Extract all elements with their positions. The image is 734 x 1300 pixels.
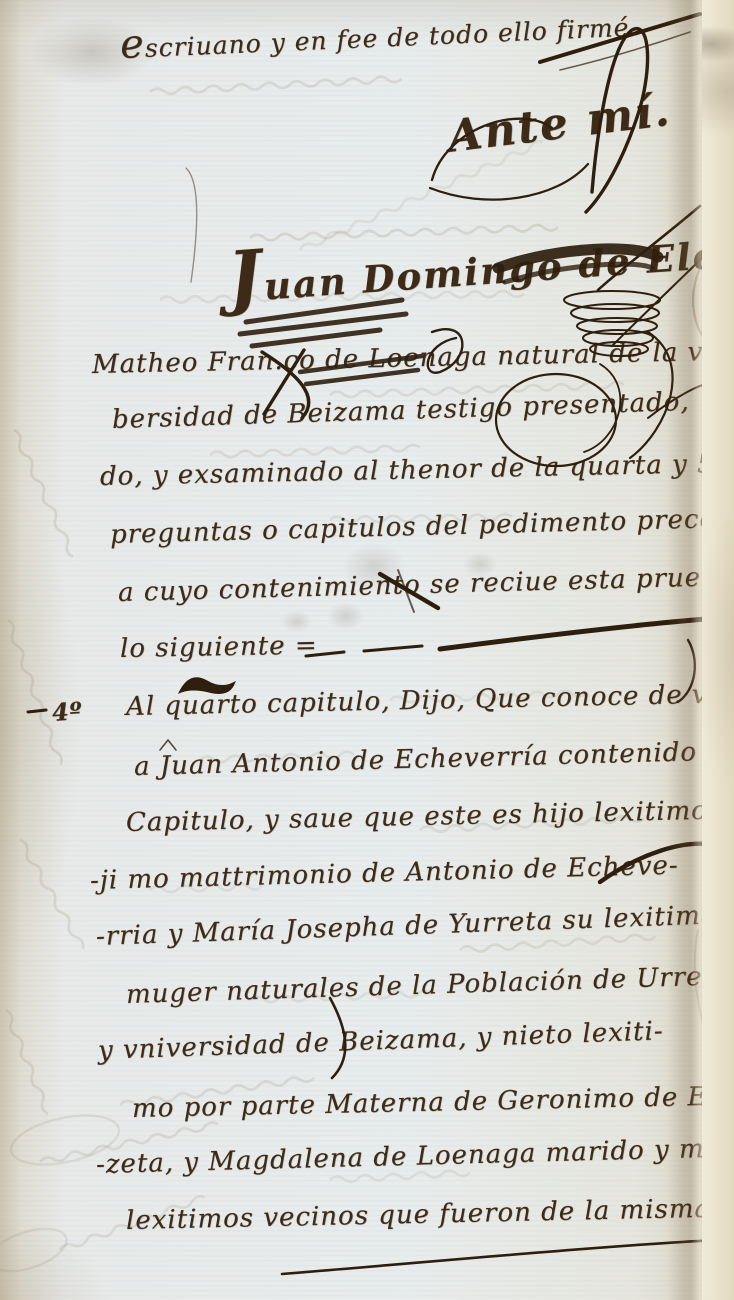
manuscript-line: mo por parte Materna de Geronimo de E- [132,1082,706,1124]
manuscript-line: Capitulo, y saue que este es hijo lexiti… [126,794,706,838]
margin-chapter-number: 4º [51,696,84,727]
manuscript-page: escriuano y en fee de todo ello firmé An… [0,0,706,1300]
manuscript-line: preguntas o capitulos del pedimento prec… [110,503,706,550]
manuscript-scan: escriuano y en fee de todo ello firmé An… [0,0,734,1300]
manuscript-line: bersidad de Beizama testigo presentado, [112,387,691,435]
manuscript-line: -ji mo mattrimonio de Antonio de Echeve- [90,851,679,896]
manuscript-line: a cuyo contenimiento se reciue esta prue… [118,560,706,608]
manuscript-line: -zeta, y Magdalena de Loenaga marido y m… [96,1133,706,1180]
notary-signature: Juan Domingo de Elola [225,199,706,319]
manuscript-line: Matheo Fran.co de Loenaga natural de la … [92,336,706,380]
manuscript-line: do, y exsaminado al thenor de la quarta … [100,449,706,492]
adjacent-page-edge [702,0,734,1300]
manuscript-line: lo siguiente = [120,631,318,664]
manuscript-line: -rria y María Josepha de Yurreta su lexi… [95,900,706,952]
header-closing-line: escriuano y en fee de todo ello firmé [119,0,630,68]
manuscript-line: Al quarto capitulo, Dijo, Que conoce de … [126,679,706,722]
ante-mi-signature: Ante mí. [445,85,674,163]
page-fold-gutter [666,0,706,1300]
manuscript-line: lexitimos vecinos que fueron de la misma [126,1194,706,1236]
manuscript-line: a Juan Antonio de Echeverría contenido e… [134,735,706,782]
manuscript-line: y vniversidad de Beizama, y nieto lexiti… [97,1016,664,1066]
manuscript-line: muger naturales de la Población de Urrez… [126,961,706,1010]
